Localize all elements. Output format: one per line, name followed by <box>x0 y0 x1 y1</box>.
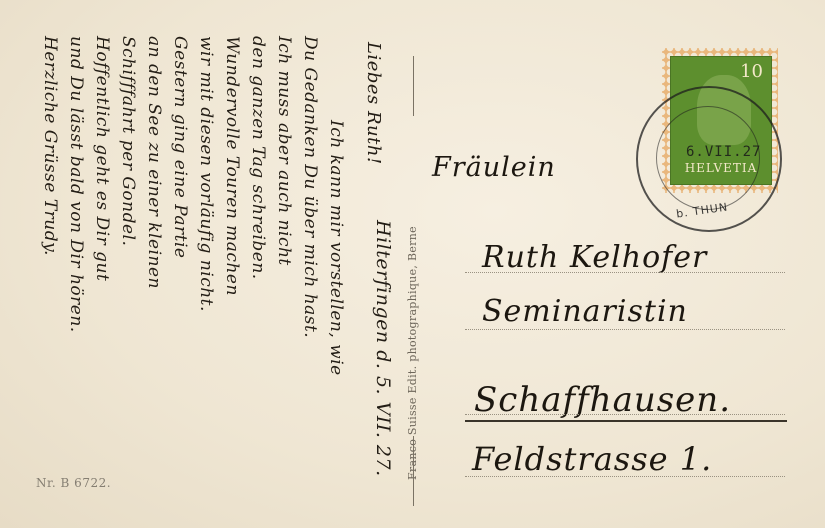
series-number: Nr. B 6722. <box>36 476 111 490</box>
message-line: wir mit diesen vorläufig nicht. <box>196 36 216 312</box>
address-line-1 <box>465 272 785 273</box>
city-underline <box>465 420 787 422</box>
address-street: Feldstrasse 1. <box>472 440 712 478</box>
divider-bottom <box>413 436 414 506</box>
address-line-2 <box>465 329 785 330</box>
stamp-value: 10 <box>740 61 763 82</box>
message-place-date: Hilterfingen d. 5. VII. 27. <box>372 220 394 477</box>
address-line-3 <box>465 414 785 415</box>
message-line: Ich kann mir vorstellen, wie <box>326 120 346 376</box>
address-salutation: Fräulein <box>432 152 556 183</box>
message-greeting: Liebes Ruth! <box>363 42 384 165</box>
message-line: und Du lässt bald von Dir hören. <box>66 36 86 333</box>
message-line: an den See zu einer kleinen <box>144 36 164 289</box>
message-line: Wundervolle Touren machen <box>222 36 242 296</box>
divider-top <box>413 56 414 116</box>
address-line-4 <box>465 476 785 477</box>
message-line: Schifffahrt per Gondel. <box>118 36 138 246</box>
message-line: Du Gedanken Du über mich hast. <box>300 36 320 338</box>
postcard: Liebes Ruth! Hilterfingen d. 5. VII. 27.… <box>0 0 825 528</box>
postmark-date: 6.VII.27 <box>686 144 761 160</box>
address-occupation: Seminaristin <box>482 294 688 329</box>
message-line: den ganzen Tag schreiben. <box>248 36 268 280</box>
message-line: Ich muss aber auch nicht <box>274 36 294 266</box>
address-name: Ruth Kelhofer <box>482 240 707 275</box>
message-line: Gestern ging eine Partie <box>170 36 190 258</box>
message-line: Herzliche Grüsse Trudy. <box>40 36 60 256</box>
message-line: Hoffentlich geht es Dir gut <box>92 36 112 281</box>
